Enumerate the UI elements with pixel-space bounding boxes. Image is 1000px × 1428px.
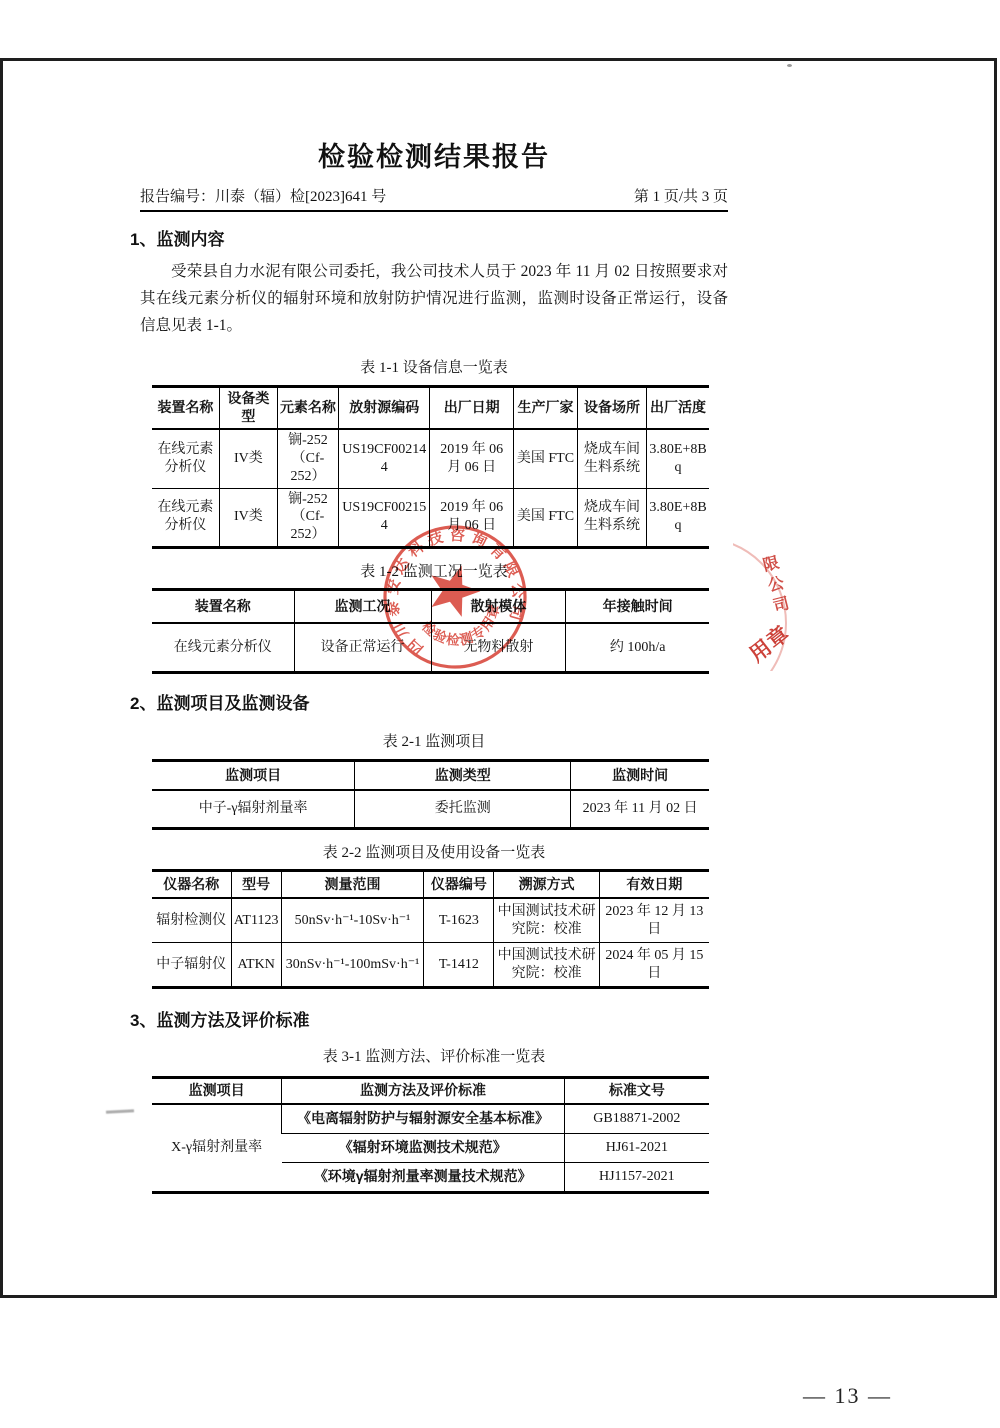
cell: 《电离辐射防护与辐射源安全基本标准》	[282, 1104, 564, 1134]
col-header: 设备类型	[219, 387, 277, 429]
section2-heading: 2、监测项目及监测设备	[130, 689, 728, 714]
cell: 2024 年 05 月 15 日	[599, 943, 709, 988]
page-number: — 13 —	[803, 1383, 933, 1409]
cell: 中子辐射仪	[152, 943, 231, 988]
seal-label-text: 检验检测专用章	[417, 598, 511, 658]
table-3-1-methods-standards: 监测项目 监测方法及评价标准 标准文号 X-γ辐射剂量率 《电离辐射防护与辐射源…	[152, 1076, 709, 1194]
scan-artifact	[316, 1116, 356, 1118]
cell: 锎-252（Cf-252）	[277, 488, 338, 548]
col-header: 测量范围	[281, 871, 424, 899]
cell-monitoring-item: X-γ辐射剂量率	[152, 1104, 282, 1193]
cell: 3.80E+8Bq	[647, 488, 709, 548]
cell: ATKN	[231, 943, 281, 988]
col-header: 溯源方式	[494, 871, 599, 899]
col-header: 监测项目	[152, 1078, 282, 1105]
cell: 50nSv·h⁻¹-10Sv·h⁻¹	[281, 898, 424, 943]
cell: 委托监测	[355, 790, 571, 829]
section3-heading: 3、监测方法及评价标准	[130, 1006, 728, 1031]
cell: HJ1157-2021	[564, 1163, 709, 1193]
table-row: 在线元素分析仪 IV类 锎-252（Cf-252） US19CF002144 2…	[152, 429, 709, 488]
col-header: 标准文号	[564, 1078, 709, 1105]
cell: 烧成车间生料系统	[578, 488, 647, 548]
cell: 2019 年 06 月 06 日	[430, 429, 514, 488]
section1-paragraph: 受荣县自力水泥有限公司委托，我公司技术人员于 2023 年 11 月 02 日按…	[140, 258, 728, 339]
table-2-2-instruments: 仪器名称 型号 测量范围 仪器编号 溯源方式 有效日期 辐射检测仪 AT1123…	[152, 869, 709, 989]
col-header: 放射源编码	[339, 387, 430, 429]
table-row: 辐射检测仪 AT1123 50nSv·h⁻¹-10Sv·h⁻¹ T-1623 中…	[152, 898, 709, 943]
col-header: 监测时间	[571, 761, 709, 791]
cell: 《辐射环境监测技术规范》	[282, 1134, 564, 1163]
table-row: 装置名称 设备类型 元素名称 放射源编码 出厂日期 生产厂家 设备场所 出厂活度	[152, 387, 709, 429]
scanned-report-page: { "page": { "title": "检验检测结果报告", "report…	[0, 0, 1000, 1428]
col-header: 年接触时间	[566, 590, 709, 624]
cell: 辐射检测仪	[152, 898, 231, 943]
table-2-2-caption: 表 2-2 监测项目及使用设备一览表	[140, 841, 728, 862]
scan-artifact	[787, 64, 792, 67]
col-header: 生产厂家	[513, 387, 577, 429]
col-header: 设备场所	[578, 387, 647, 429]
cell: HJ61-2021	[564, 1134, 709, 1163]
cell: 《环境γ辐射剂量率测量技术规范》	[282, 1163, 564, 1193]
cell: IV类	[219, 488, 277, 548]
table-row: 中子-γ辐射剂量率 委托监测 2023 年 11 月 02 日	[152, 790, 709, 829]
cell: AT1123	[231, 898, 281, 943]
section1-heading: 1、监测内容	[130, 225, 728, 250]
cell: IV类	[219, 429, 277, 488]
col-header: 装置名称	[152, 590, 294, 624]
edge-seal-fragment: 限公司 用章	[733, 543, 808, 671]
table-row: X-γ辐射剂量率 《电离辐射防护与辐射源安全基本标准》 GB18871-2002	[152, 1104, 709, 1134]
cell: T-1623	[424, 898, 494, 943]
cell: 2023 年 12 月 13 日	[599, 898, 709, 943]
cell: 在线元素分析仪	[152, 488, 219, 548]
table-row: 监测项目 监测方法及评价标准 标准文号	[152, 1078, 709, 1105]
table-1-1-caption: 表 1-1 设备信息一览表	[140, 356, 728, 377]
col-header: 有效日期	[599, 871, 709, 899]
cell: 约 100h/a	[566, 623, 709, 673]
cell: GB18871-2002	[564, 1104, 709, 1134]
table-row: 仪器名称 型号 测量范围 仪器编号 溯源方式 有效日期	[152, 871, 709, 899]
cell: US19CF002144	[339, 429, 430, 488]
col-header: 型号	[231, 871, 281, 899]
table-row: 中子辐射仪 ATKN 30nSv·h⁻¹-100mSv·h⁻¹ T-1412 中…	[152, 943, 709, 988]
col-header: 监测方法及评价标准	[282, 1078, 564, 1105]
table-row: 监测项目 监测类型 监测时间	[152, 761, 709, 791]
cell: 美国 FTC	[513, 488, 577, 548]
cell: 30nSv·h⁻¹-100mSv·h⁻¹	[281, 943, 424, 988]
cell: 美国 FTC	[513, 429, 577, 488]
page-indicator: 第 1 页/共 3 页	[634, 185, 728, 206]
cell: 中国测试技术研究院：校准	[494, 943, 599, 988]
table-3-1-caption: 表 3-1 监测方法、评价标准一览表	[140, 1045, 728, 1066]
cell: 中子-γ辐射剂量率	[152, 790, 355, 829]
cell: T-1412	[424, 943, 494, 988]
col-header: 装置名称	[152, 387, 219, 429]
report-header-line: 报告编号：川泰（辐）检[2023]641 号 第 1 页/共 3 页	[140, 185, 728, 212]
col-header: 出厂日期	[430, 387, 514, 429]
cell: 3.80E+8Bq	[647, 429, 709, 488]
col-header: 监测项目	[152, 761, 355, 791]
cell: 烧成车间生料系统	[578, 429, 647, 488]
page-title: 检验检测结果报告	[140, 140, 728, 174]
cell: 在线元素分析仪	[152, 429, 219, 488]
table-2-1-monitoring-items: 监测项目 监测类型 监测时间 中子-γ辐射剂量率 委托监测 2023 年 11 …	[152, 759, 709, 830]
col-header: 出厂活度	[647, 387, 709, 429]
cell: 锎-252（Cf-252）	[277, 429, 338, 488]
col-header: 仪器编号	[424, 871, 494, 899]
col-header: 仪器名称	[152, 871, 231, 899]
cell: 2023 年 11 月 02 日	[571, 790, 709, 829]
cell: 中国测试技术研究院：校准	[494, 898, 599, 943]
col-header: 元素名称	[277, 387, 338, 429]
cell: 在线元素分析仪	[152, 623, 294, 673]
report-number: 报告编号：川泰（辐）检[2023]641 号	[140, 185, 386, 206]
col-header: 监测类型	[355, 761, 571, 791]
table-2-1-caption: 表 2-1 监测项目	[140, 730, 728, 751]
seal-star-icon	[422, 558, 486, 620]
